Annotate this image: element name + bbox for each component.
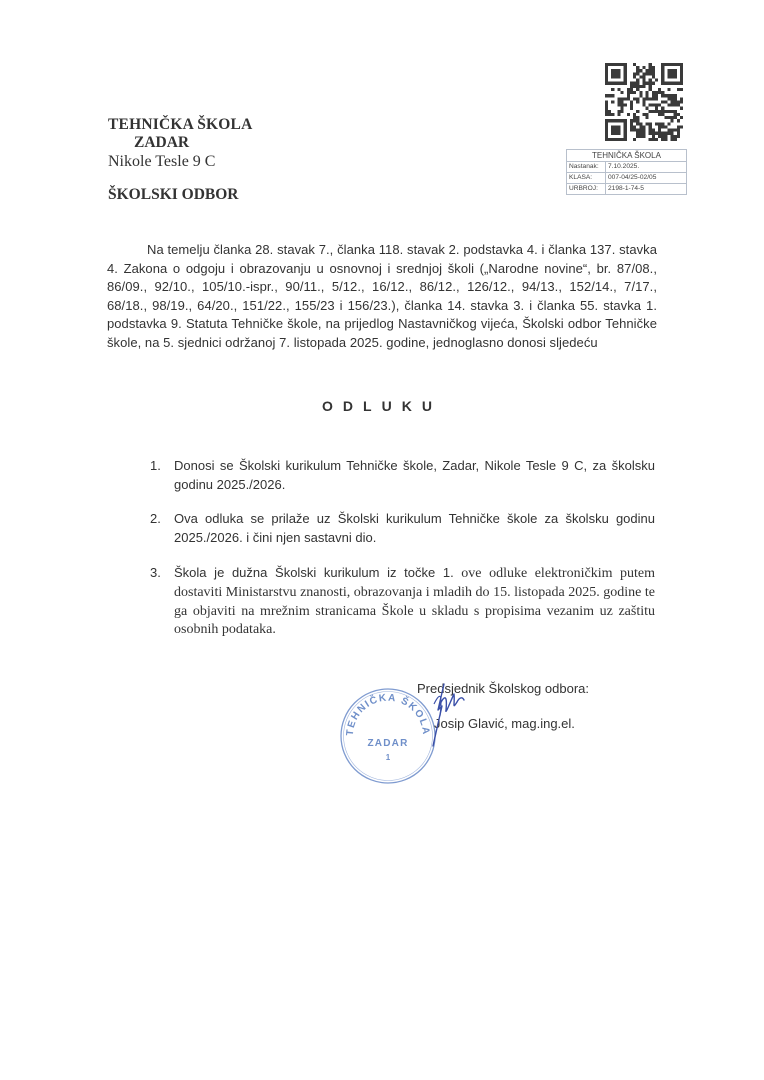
handwritten-signature-icon — [424, 680, 474, 750]
registry-title: TEHNIČKA ŠKOLA — [567, 150, 687, 162]
qr-code-icon — [605, 63, 683, 141]
registry-value: 2198-1-74-5 — [606, 184, 687, 195]
item-number: 1. — [150, 457, 161, 476]
seal-ring-text: TEHNIČKA ŠKOLA — [345, 692, 431, 736]
registry-row: URBROJ: 2198-1-74-5 — [567, 184, 687, 195]
item-number: 3. — [150, 564, 161, 583]
decision-title: ODLUKU — [0, 398, 764, 414]
registry-value: 007-04/25-02/05 — [606, 173, 687, 184]
list-item: 1. Donosi se Školski kurikulum Tehničke … — [150, 457, 655, 494]
list-item: 3. Škola je dužna Školski kurikulum iz t… — [150, 564, 655, 639]
school-seal-icon: TEHNIČKA ŠKOLA ZADAR 1 — [338, 686, 438, 786]
item-text: Donosi se Školski kurikulum Tehničke ško… — [174, 457, 655, 494]
svg-text:TEHNIČKA ŠKOLA: TEHNIČKA ŠKOLA — [345, 692, 431, 736]
item-text: Škola je dužna Školski kurikulum iz točk… — [174, 564, 655, 639]
item-text-lead: Škola je dužna Školski kurikulum iz točk… — [174, 565, 454, 580]
school-name: TEHNIČKA ŠKOLA — [108, 116, 253, 134]
school-city: ZADAR — [108, 134, 253, 152]
registry-key: Nastanak: — [567, 162, 606, 173]
seal-city: ZADAR — [368, 738, 409, 749]
decision-items: 1. Donosi se Školski kurikulum Tehničke … — [150, 457, 655, 640]
list-item: 2. Ova odluka se prilaže uz Školski kuri… — [150, 510, 655, 547]
issuing-body: ŠKOLSKI ODBOR — [108, 186, 253, 204]
registry-stamp: TEHNIČKA ŠKOLA Nastanak: 7.10.2025. KLAS… — [566, 149, 687, 195]
registry-row: KLASA: 007-04/25-02/05 — [567, 173, 687, 184]
school-address: Nikole Tesle 9 C — [108, 152, 253, 172]
seal-number: 1 — [386, 753, 391, 762]
item-text: Ova odluka se prilaže uz Školski kurikul… — [174, 510, 655, 547]
registry-row: Nastanak: 7.10.2025. — [567, 162, 687, 173]
preamble-paragraph: Na temelju članka 28. stavak 7., članka … — [107, 241, 657, 353]
registry-value: 7.10.2025. — [606, 162, 687, 173]
registry-key: KLASA: — [567, 173, 606, 184]
item-number: 2. — [150, 510, 161, 529]
registry-key: URBROJ: — [567, 184, 606, 195]
school-header: TEHNIČKA ŠKOLA ZADAR Nikole Tesle 9 C ŠK… — [108, 116, 253, 204]
